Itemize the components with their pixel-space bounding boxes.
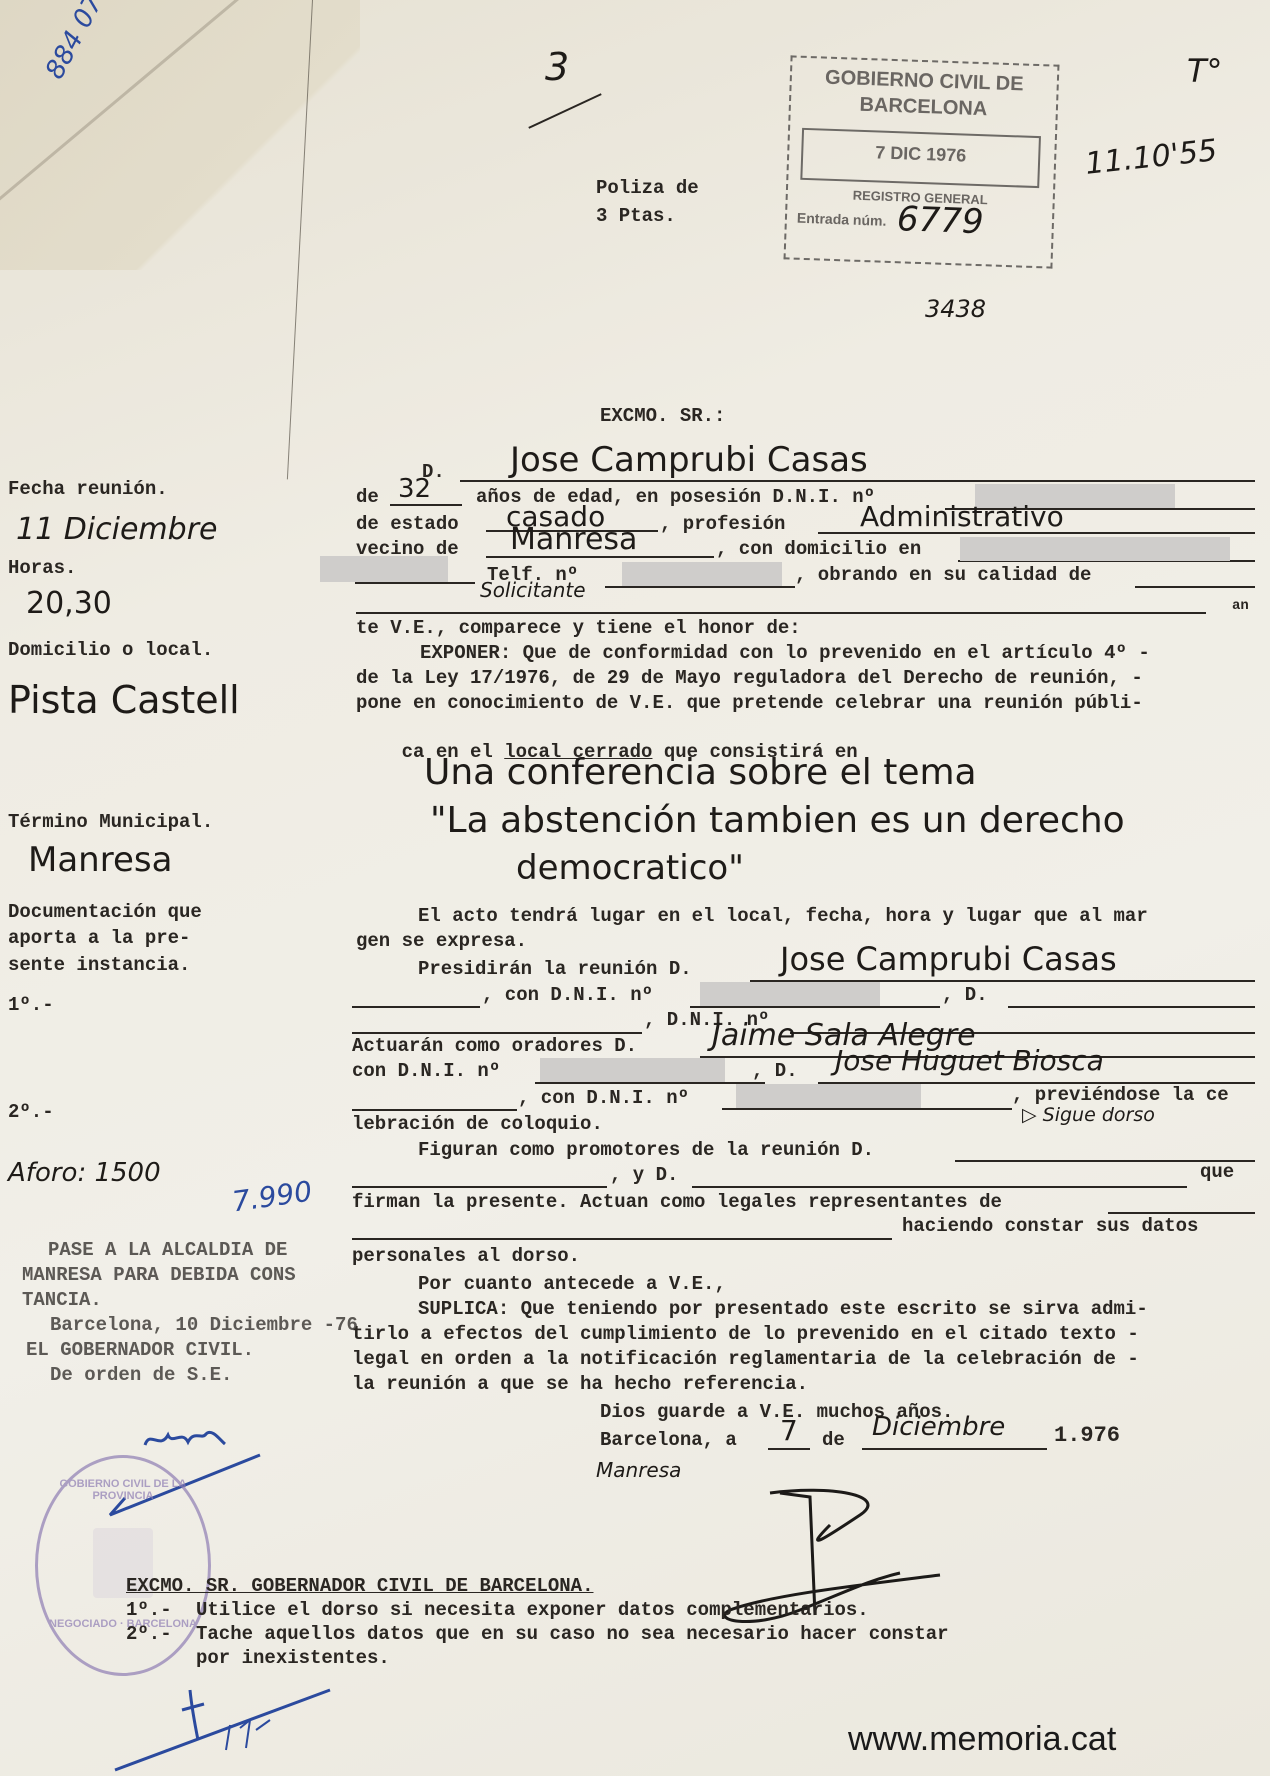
documentacion-item-2: 2º.- <box>8 1100 54 1124</box>
folded-corner <box>0 0 360 270</box>
horas-value: 20,30 <box>26 586 112 621</box>
round-stamp-top-text: GOBIERNO CIVIL DE LA PROVINCIA <box>38 1478 208 1502</box>
domicilio-text: , con domicilio en <box>716 537 921 561</box>
documentacion-line-3: sente instancia. <box>8 953 190 977</box>
stamp-entry-number: 6779 <box>896 199 984 242</box>
page-number-mark: 3 <box>545 45 569 89</box>
sigue-dorso-note: ▷ Sigue dorso <box>1022 1104 1155 1126</box>
domicilio-label: Domicilio o local. <box>8 638 213 662</box>
oradores-label: Actuarán como oradores D. <box>352 1034 637 1058</box>
applicant-name: Jose Camprubi Casas <box>510 440 868 480</box>
received-time: 11.10'55 <box>1084 133 1219 182</box>
que-label: que <box>1200 1160 1234 1184</box>
place-date-prefix: Barcelona, a <box>600 1428 737 1452</box>
watermark: www.memoria.cat <box>848 1720 1116 1759</box>
d-3-label: , D. <box>752 1059 798 1083</box>
registry-number: 3438 <box>925 295 986 323</box>
termino-value: Manresa <box>28 840 172 880</box>
stamp-entry-label: Entrada núm. <box>797 210 887 229</box>
promotor-1-cont-field <box>352 1160 607 1188</box>
registry-stamp: GOBIERNO CIVIL DE BARCELONA 7 DIC 1976 R… <box>784 55 1060 268</box>
order-line-4: Barcelona, 10 Diciembre -76 <box>50 1313 358 1337</box>
note-1-text: Utilice el dorso si necesita exponer dat… <box>196 1598 869 1622</box>
suplica-line-4: la reunión a que se ha hecho referencia. <box>352 1372 808 1396</box>
acto-line-1: El acto tendrá lugar en el local, fecha,… <box>418 904 1148 928</box>
con-dni-4: , con D.N.I. nº <box>518 1086 689 1110</box>
calidad-hyphen-end: an <box>1232 594 1249 618</box>
promotor-1-field <box>955 1134 1255 1162</box>
profesion-value: Administrativo <box>860 500 1064 533</box>
stamp-date-box: 7 DIC 1976 <box>800 128 1041 188</box>
d-2-cont-field <box>352 1006 642 1034</box>
acto-line-2: gen se expresa. <box>356 929 527 953</box>
orador-2-name: Jose Huguet Biosca <box>835 1044 1104 1077</box>
round-stamp-bottom-text: NEGOCIADO · BARCELONA <box>38 1618 208 1630</box>
redacted-domicilio <box>960 537 1230 561</box>
redacted-dni-1 <box>700 982 880 1006</box>
street-field <box>355 556 475 584</box>
exponer-line-1: EXPONER: Que de conformidad con lo preve… <box>420 641 1150 665</box>
domicilio-value: Pista Castell <box>8 678 240 722</box>
place-date-de: de <box>822 1428 845 1452</box>
redacted-dni-3 <box>540 1058 725 1082</box>
exponer-line-3: pone en conocimiento de V.E. que pretend… <box>356 691 1143 715</box>
month-value: Diciembre <box>872 1412 1005 1442</box>
horas-label: Horas. <box>8 556 76 580</box>
promotores-label: Figuran como promotores de la reunión D. <box>418 1138 874 1162</box>
documentacion-line-1: Documentación que <box>8 900 202 924</box>
firman-line: firman la presente. Actuan como legales … <box>352 1190 1002 1214</box>
representantes-cont-field <box>352 1212 892 1240</box>
day-value: 7 <box>780 1414 798 1447</box>
topic-line-1: Una conferencia sobre el tema <box>424 752 977 793</box>
note-2-text-a: Tache aquellos datos que en su caso no s… <box>196 1622 949 1646</box>
topic-line-3: democratico" <box>516 848 744 888</box>
note-2-number: 2º.- <box>126 1622 172 1646</box>
presidiran-label: Presidirán la reunión D. <box>418 957 692 981</box>
con-dni-3: con D.N.I. nº <box>352 1059 500 1083</box>
presidente-cont-field <box>352 980 480 1008</box>
reference-number: 7.990 <box>230 1175 314 1219</box>
presidente-name: Jose Camprubi Casas <box>780 940 1117 978</box>
fecha-value: 11 Diciembre <box>16 512 218 547</box>
page-number-stroke <box>528 93 601 129</box>
d-2-label: , D. <box>942 983 988 1007</box>
addressee: EXCMO. SR. GOBERNADOR CIVIL DE BARCELONA… <box>126 1574 593 1598</box>
salutation: EXCMO. SR.: <box>600 404 725 428</box>
aforo-note: Aforo: 1500 <box>8 1158 161 1188</box>
poliza-line-1: Poliza de <box>596 176 699 200</box>
estado-prefix: de estado <box>356 512 459 536</box>
order-line-1: PASE A LA ALCALDIA DE <box>48 1238 287 1262</box>
suplica-line-1: SUPLICA: Que teniendo por presentado est… <box>418 1297 1148 1321</box>
coloquio-line: lebración de coloquio. <box>352 1112 603 1136</box>
personales-line: personales al dorso. <box>352 1244 580 1268</box>
y-d-label: , y D. <box>610 1163 678 1187</box>
stamp-date: 7 DIC 1976 <box>803 140 1039 169</box>
calidad-value: Solicitante <box>480 578 586 602</box>
order-line-5: EL GOBERNADOR CIVIL. <box>26 1338 254 1362</box>
round-official-stamp: GOBIERNO CIVIL DE LA PROVINCIA NEGOCIADO… <box>35 1455 211 1676</box>
por-cuanto-line: Por cuanto antecede a V.E., <box>418 1272 726 1296</box>
age-value: 32 <box>398 474 431 504</box>
order-line-2: MANRESA PARA DEBIDA CONS <box>22 1263 296 1287</box>
note-2-text-b: por inexistentes. <box>196 1646 390 1670</box>
fecha-label: Fecha reunión. <box>8 477 168 501</box>
age-line-prefix: de <box>356 485 379 509</box>
orador-2-cont-field <box>352 1083 517 1111</box>
place-note: Manresa <box>596 1458 681 1482</box>
order-line-6: De orden de S.E. <box>50 1363 232 1387</box>
topic-line-2: "La abstención tambien es un derecho <box>430 800 1125 841</box>
d-2-field <box>1008 980 1255 1008</box>
top-right-mark: T° <box>1187 52 1223 90</box>
note-1-number: 1º.- <box>126 1598 172 1622</box>
con-dni-1: , con D.N.I. nº <box>482 983 653 1007</box>
promotor-2-field <box>692 1160 1187 1188</box>
redacted-dni-4 <box>736 1084 921 1108</box>
poliza-line-2: 3 Ptas. <box>596 204 676 228</box>
calidad-text: , obrando en su calidad de <box>795 563 1091 587</box>
redacted-telf <box>622 562 782 586</box>
documentacion-line-2: aporta a la pre- <box>8 926 190 950</box>
suplica-line-2: tirlo a efectos del cumplimiento de lo p… <box>352 1322 1139 1346</box>
comparece-line: te V.E., comparece y tiene el honor de: <box>356 616 801 640</box>
documentacion-item-1: 1º.- <box>8 993 54 1017</box>
suplica-line-3: legal en orden a la notificación reglame… <box>352 1347 1139 1371</box>
termino-label: Término Municipal. <box>8 810 213 834</box>
year-value: 1.976 <box>1054 1424 1120 1448</box>
vecino-value: Manresa <box>510 522 637 557</box>
exponer-line-2: de la Ley 17/1976, de 29 de Mayo regulad… <box>356 666 1143 690</box>
initials-signature <box>100 1680 340 1776</box>
order-line-3: TANCIA. <box>22 1288 102 1312</box>
document-page: 884 07 56 3 T° 11.10'55 Poliza de 3 Ptas… <box>0 0 1270 1776</box>
calidad-field-end <box>1135 560 1255 588</box>
representantes-field <box>1108 1186 1255 1214</box>
haciendo-line: haciendo constar sus datos <box>902 1214 1198 1238</box>
